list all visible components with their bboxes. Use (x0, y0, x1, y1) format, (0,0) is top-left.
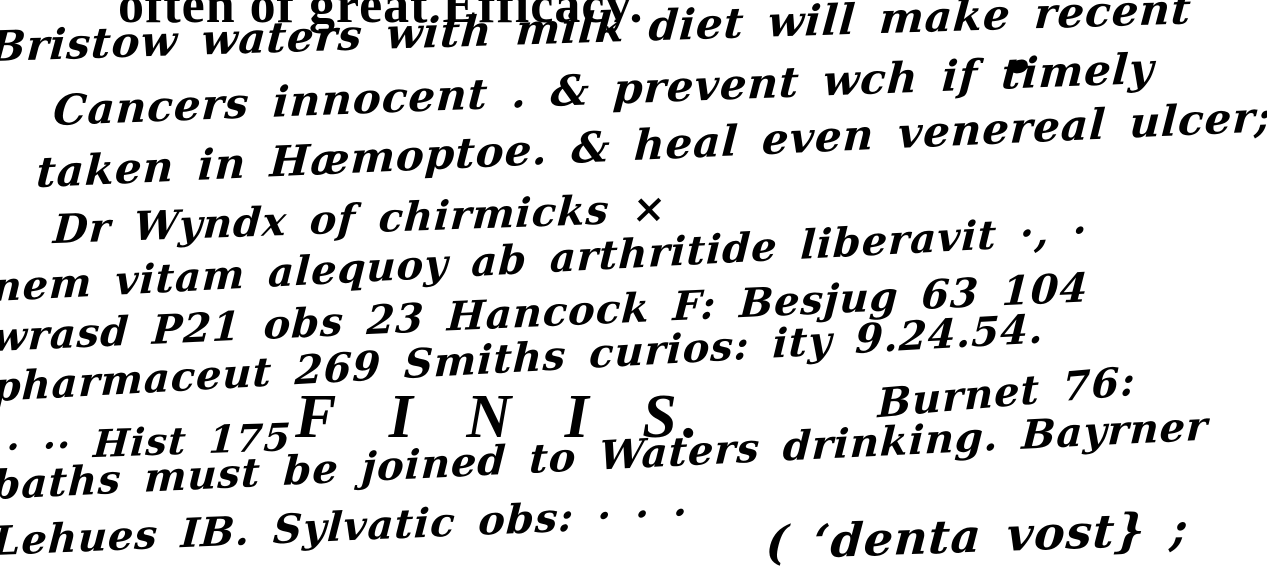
manuscript-line-11-partial: ( ʻdenta vost} ; (764, 501, 1190, 567)
manuscript-page: often of great Efficacy. Bristow waters … (0, 0, 1267, 567)
